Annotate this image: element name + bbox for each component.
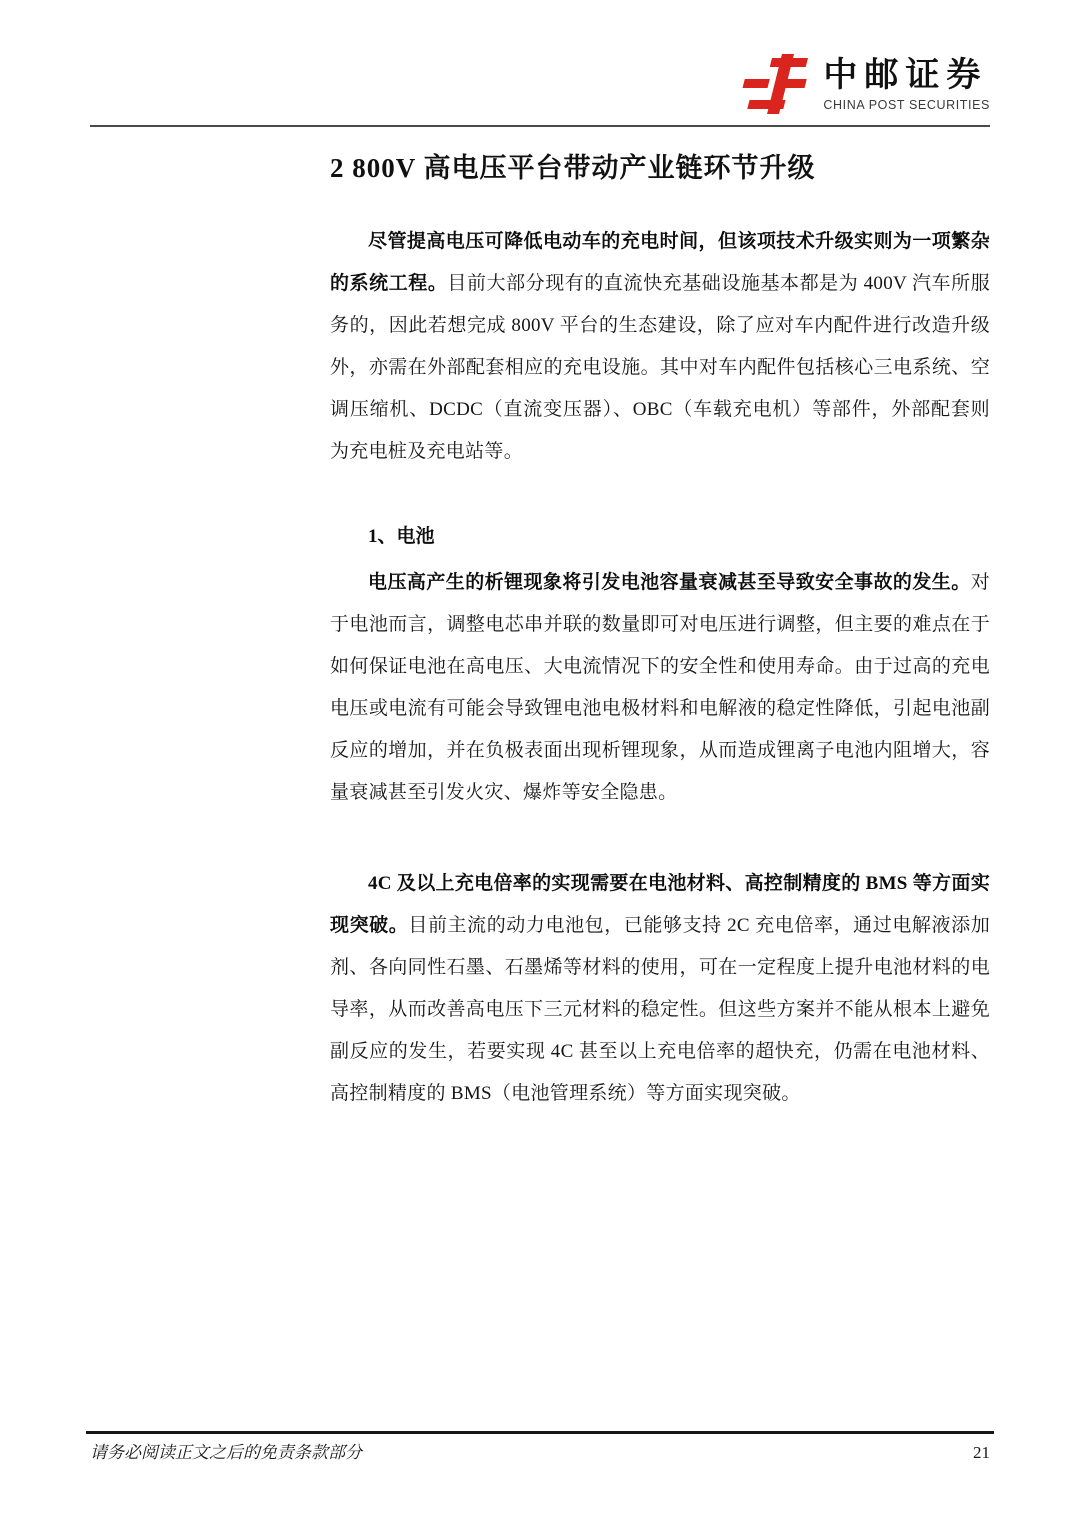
paragraph-charge-rate: 4C 及以上充电倍率的实现需要在电池材料、高控制精度的 BMS 等方面实现突破。… [330,863,990,1115]
paragraph-battery-risk: 电压高产生的析锂现象将引发电池容量衰减甚至导致安全事故的发生。对于电池而言，调整… [330,562,990,814]
brand-name-en: CHINA POST SECURITIES [823,98,990,112]
paragraph-overview-text: 目前大部分现有的直流快充基础设施基本都是为 400V 汽车所服务的，因此若想完成… [330,273,990,462]
report-page: 中邮证券 CHINA POST SECURITIES 2 800V 高电压平台带… [0,0,1080,1540]
header-divider [90,125,990,127]
page-number: 21 [973,1443,990,1463]
china-post-emblem-icon [737,54,809,114]
paragraph-battery-risk-text: 对于电池而言，调整电芯串并联的数量即可对电压进行调整，但主要的难点在于如何保证电… [330,572,990,803]
paragraph-charge-rate-text: 目前主流的动力电池包，已能够支持 2C 充电倍率，通过电解液添加剂、各向同性石墨… [330,915,990,1104]
page-footer: 请务必阅读正文之后的免责条款部分 21 [90,1438,990,1463]
paragraph-battery-risk-lead: 电压高产生的析锂现象将引发电池容量衰减甚至导致安全事故的发生。 [368,572,971,593]
subheading-battery: 1、电池 [330,516,990,558]
document-body: 2 800V 高电压平台带动产业链环节升级 尽管提高电压可降低电动车的充电时间，… [330,150,990,1115]
paragraph-overview: 尽管提高电压可降低电动车的充电时间，但该项技术升级实则为一项繁杂的系统工程。目前… [330,221,990,473]
brand-name-cn: 中邮证券 [823,56,987,95]
brand-text: 中邮证券 CHINA POST SECURITIES [823,56,990,111]
footer-divider [86,1431,994,1434]
section-title: 2 800V 高电压平台带动产业链环节升级 [330,150,990,186]
footer-disclaimer: 请务必阅读正文之后的免责条款部分 [90,1438,362,1463]
brand-logo: 中邮证券 CHINA POST SECURITIES [737,54,990,114]
